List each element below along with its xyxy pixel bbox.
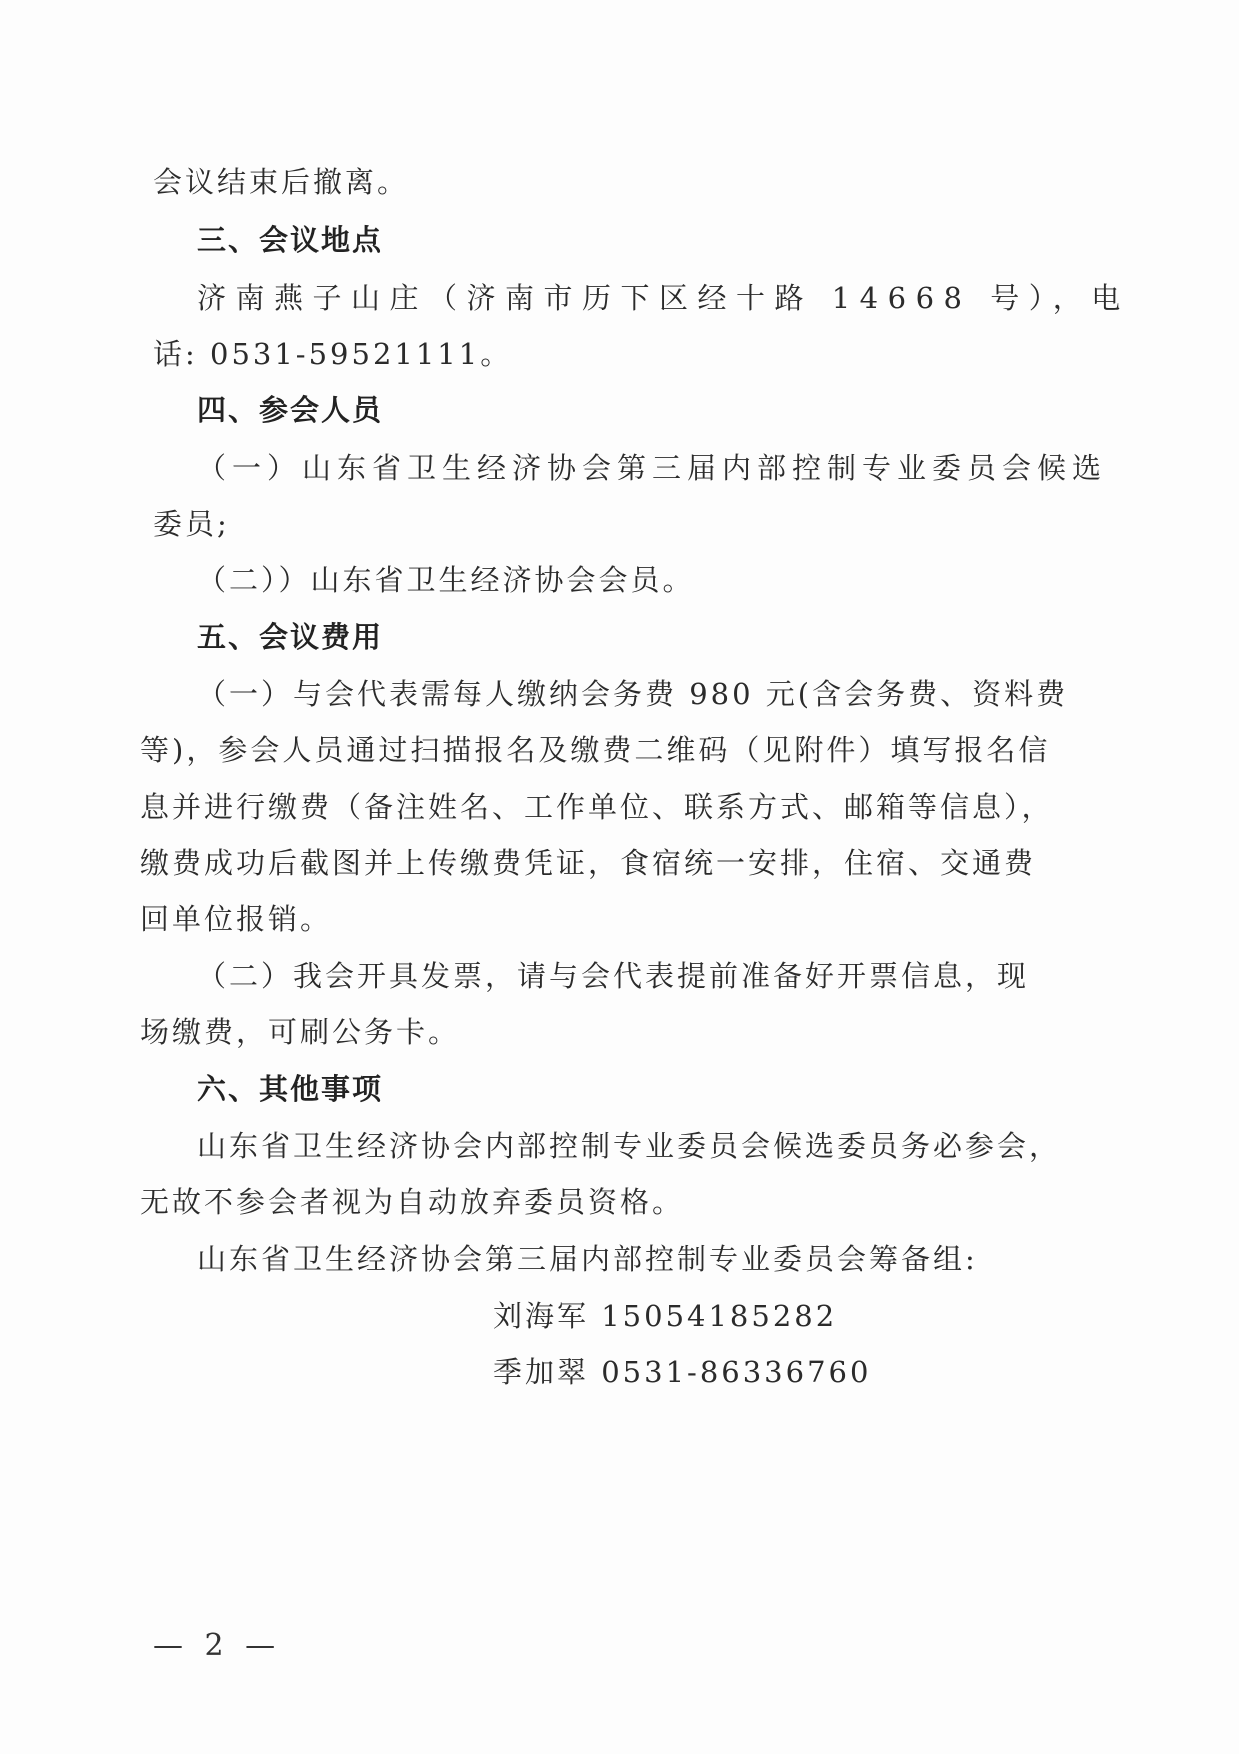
fee-item-2: （二）我会开具发票，请与会代表提前准备好开票信息，现: [197, 956, 1029, 996]
other-paragraph: 山东省卫生经济协会内部控制专业委员会候选委员务必参会，: [197, 1126, 1061, 1166]
contact-1: 刘海军 15054185282: [493, 1296, 837, 1336]
page-number: — 2 —: [153, 1626, 281, 1666]
fee-item-1: （一）与会代表需每人缴纳会务费 980 元(含会务费、资料费: [197, 674, 1068, 714]
attendee-item-1-cont: 委员;: [153, 504, 230, 544]
organizer-line: 山东省卫生经济协会第三届内部控制专业委员会筹备组:: [197, 1239, 978, 1279]
venue-phone-line: 话: 0531-59521111。: [153, 334, 512, 374]
section-heading-venue: 三、会议地点: [197, 220, 383, 260]
fee-item-1-cont: 回单位报销。: [140, 899, 332, 939]
fee-item-2-cont: 场缴费，可刷公务卡。: [140, 1012, 460, 1052]
document-page: 会议结束后撤离。 三、会议地点 济南燕子山庄（济南市历下区经十路 14668 号…: [0, 0, 1239, 1754]
attendee-item-2: （二））山东省卫生经济协会会员。: [197, 560, 695, 600]
paragraph-line: 会议结束后撤离。: [153, 162, 409, 202]
contact-2: 季加翠 0531-86336760: [493, 1352, 871, 1392]
fee-item-1-cont: 息并进行缴费（备注姓名、工作单位、联系方式、邮箱等信息），: [140, 787, 1054, 827]
fee-item-1-cont: 等)，参会人员通过扫描报名及缴费二维码（见附件）填写报名信: [140, 730, 1050, 770]
fee-item-1-cont: 缴费成功后截图并上传缴费凭证，食宿统一安排，住宿、交通费: [140, 843, 1036, 883]
attendee-item-1: （一）山东省卫生经济协会第三届内部控制专业委员会候选: [197, 448, 1107, 488]
venue-address-line: 济南燕子山庄（济南市历下区经十路 14668 号），电: [197, 278, 1130, 318]
section-heading-other: 六、其他事项: [197, 1069, 383, 1109]
section-heading-attendees: 四、参会人员: [197, 390, 383, 430]
section-heading-fees: 五、会议费用: [197, 617, 383, 657]
other-paragraph-cont: 无故不参会者视为自动放弃委员资格。: [140, 1182, 684, 1222]
